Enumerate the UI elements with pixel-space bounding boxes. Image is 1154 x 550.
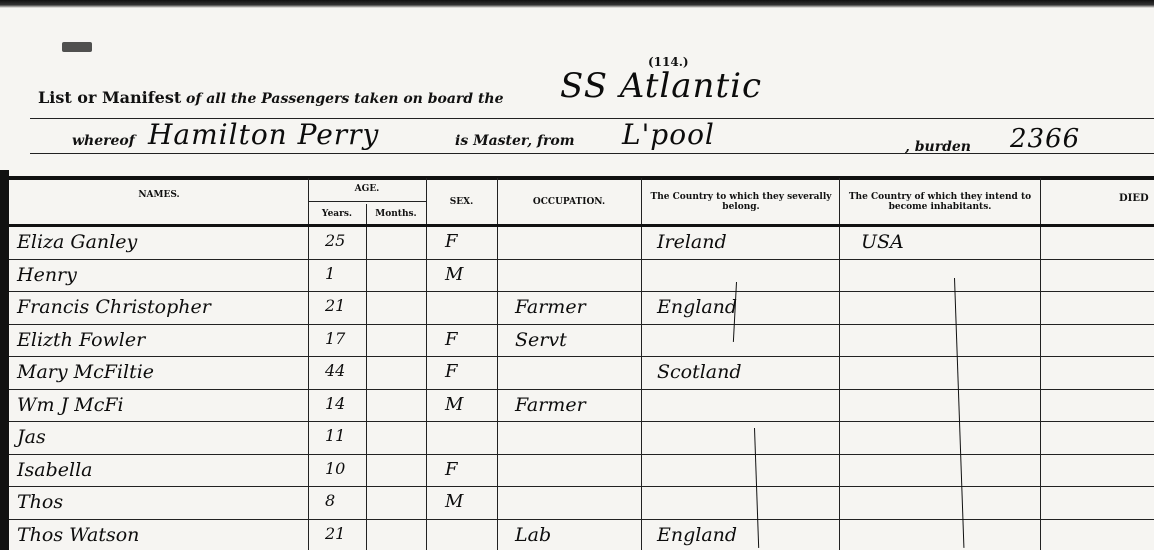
passenger-table: NAMES. AGE. Years. Months. SEX. OCCUPATI… — [9, 178, 1154, 550]
ditto-mark — [754, 428, 759, 548]
col-header-country-intend: The Country of which they intend to beco… — [842, 192, 1038, 212]
cell-sex: M — [445, 491, 463, 512]
cell-name: Elizth Fowler — [17, 329, 145, 351]
cell-sex: F — [445, 361, 458, 382]
row-rule — [9, 486, 1154, 487]
manifest-page: (114.) List or Manifest of all the Passe… — [0, 0, 1154, 550]
row-rule — [9, 356, 1154, 357]
cell-name: Thos Watson — [17, 524, 139, 546]
ditto-mark — [954, 278, 964, 548]
cell-years: 8 — [325, 491, 335, 510]
cell-name: Henry — [17, 264, 77, 286]
cell-occupation: Farmer — [515, 394, 586, 416]
title-text: of all the Passengers taken on board the — [186, 91, 504, 107]
row-rule — [9, 421, 1154, 422]
col-header-months: Months. — [366, 209, 426, 219]
header-bottom-rule — [9, 224, 1154, 227]
manifest-title: List or Manifest of all the Passengers t… — [38, 88, 504, 107]
cell-country-belong: England — [657, 524, 737, 546]
col-header-sex: SEX. — [426, 197, 497, 207]
cell-sex: F — [445, 231, 458, 252]
row-rule — [9, 259, 1154, 260]
row-rule — [9, 454, 1154, 455]
cell-country-belong: England — [657, 296, 737, 318]
title-prefix: List or Manifest — [38, 88, 181, 107]
row-rule — [9, 389, 1154, 390]
cell-occupation: Lab — [515, 524, 551, 546]
col-header-died: DIED — [1119, 194, 1154, 204]
departure-port: L'pool — [622, 118, 715, 151]
cell-name: Eliza Ganley — [17, 231, 137, 253]
cell-years: 14 — [325, 394, 345, 413]
cell-country-intend: USA — [861, 231, 904, 253]
ink-stamp — [62, 42, 92, 52]
cell-occupation: Farmer — [515, 296, 586, 318]
col-divider — [497, 178, 498, 550]
col-header-age: AGE. — [308, 184, 426, 194]
col-divider — [308, 178, 309, 550]
cell-sex: M — [445, 264, 463, 285]
cell-name: Isabella — [17, 459, 92, 481]
cell-name: Wm J McFi — [17, 394, 124, 416]
cell-years: 1 — [325, 264, 335, 283]
whereof-label: whereof — [72, 133, 135, 149]
cell-name: Jas — [17, 426, 46, 448]
col-header-years: Years. — [308, 209, 366, 219]
col-divider — [1040, 178, 1041, 550]
master-name: Hamilton Perry — [148, 118, 379, 151]
cell-occupation: Servt — [515, 329, 567, 351]
row-rule — [9, 324, 1154, 325]
master-from-label: is Master, from — [455, 133, 575, 149]
scan-left-edge — [0, 170, 9, 550]
row-rule — [9, 519, 1154, 520]
col-header-country-belong: The Country to which they severally belo… — [645, 192, 837, 212]
age-subheader-rule — [308, 201, 426, 202]
cell-sex: M — [445, 394, 463, 415]
col-divider — [641, 178, 642, 550]
col-divider — [839, 178, 840, 550]
cell-sex: F — [445, 329, 458, 350]
row-rule — [9, 291, 1154, 292]
cell-years: 25 — [325, 231, 345, 250]
cell-years: 17 — [325, 329, 345, 348]
cell-years: 11 — [325, 426, 345, 445]
vessel-name: SS Atlantic — [560, 66, 762, 106]
cell-name: Francis Christopher — [17, 296, 211, 318]
cell-country-belong: Scotland — [657, 361, 742, 383]
scan-top-edge — [0, 0, 1154, 8]
master-underline — [30, 153, 1154, 154]
cell-years: 21 — [325, 296, 345, 315]
col-divider — [426, 178, 427, 550]
cell-country-belong: Ireland — [657, 231, 727, 253]
burden-value: 2366 — [1010, 124, 1080, 154]
col-header-names: NAMES. — [89, 190, 229, 200]
cell-years: 21 — [325, 524, 345, 543]
col-header-occupation: OCCUPATION. — [497, 197, 641, 207]
col-divider — [366, 204, 367, 550]
cell-years: 44 — [325, 361, 345, 380]
cell-name: Thos — [17, 491, 63, 513]
cell-years: 10 — [325, 459, 345, 478]
cell-name: Mary McFiltie — [17, 361, 154, 383]
cell-sex: F — [445, 459, 458, 480]
